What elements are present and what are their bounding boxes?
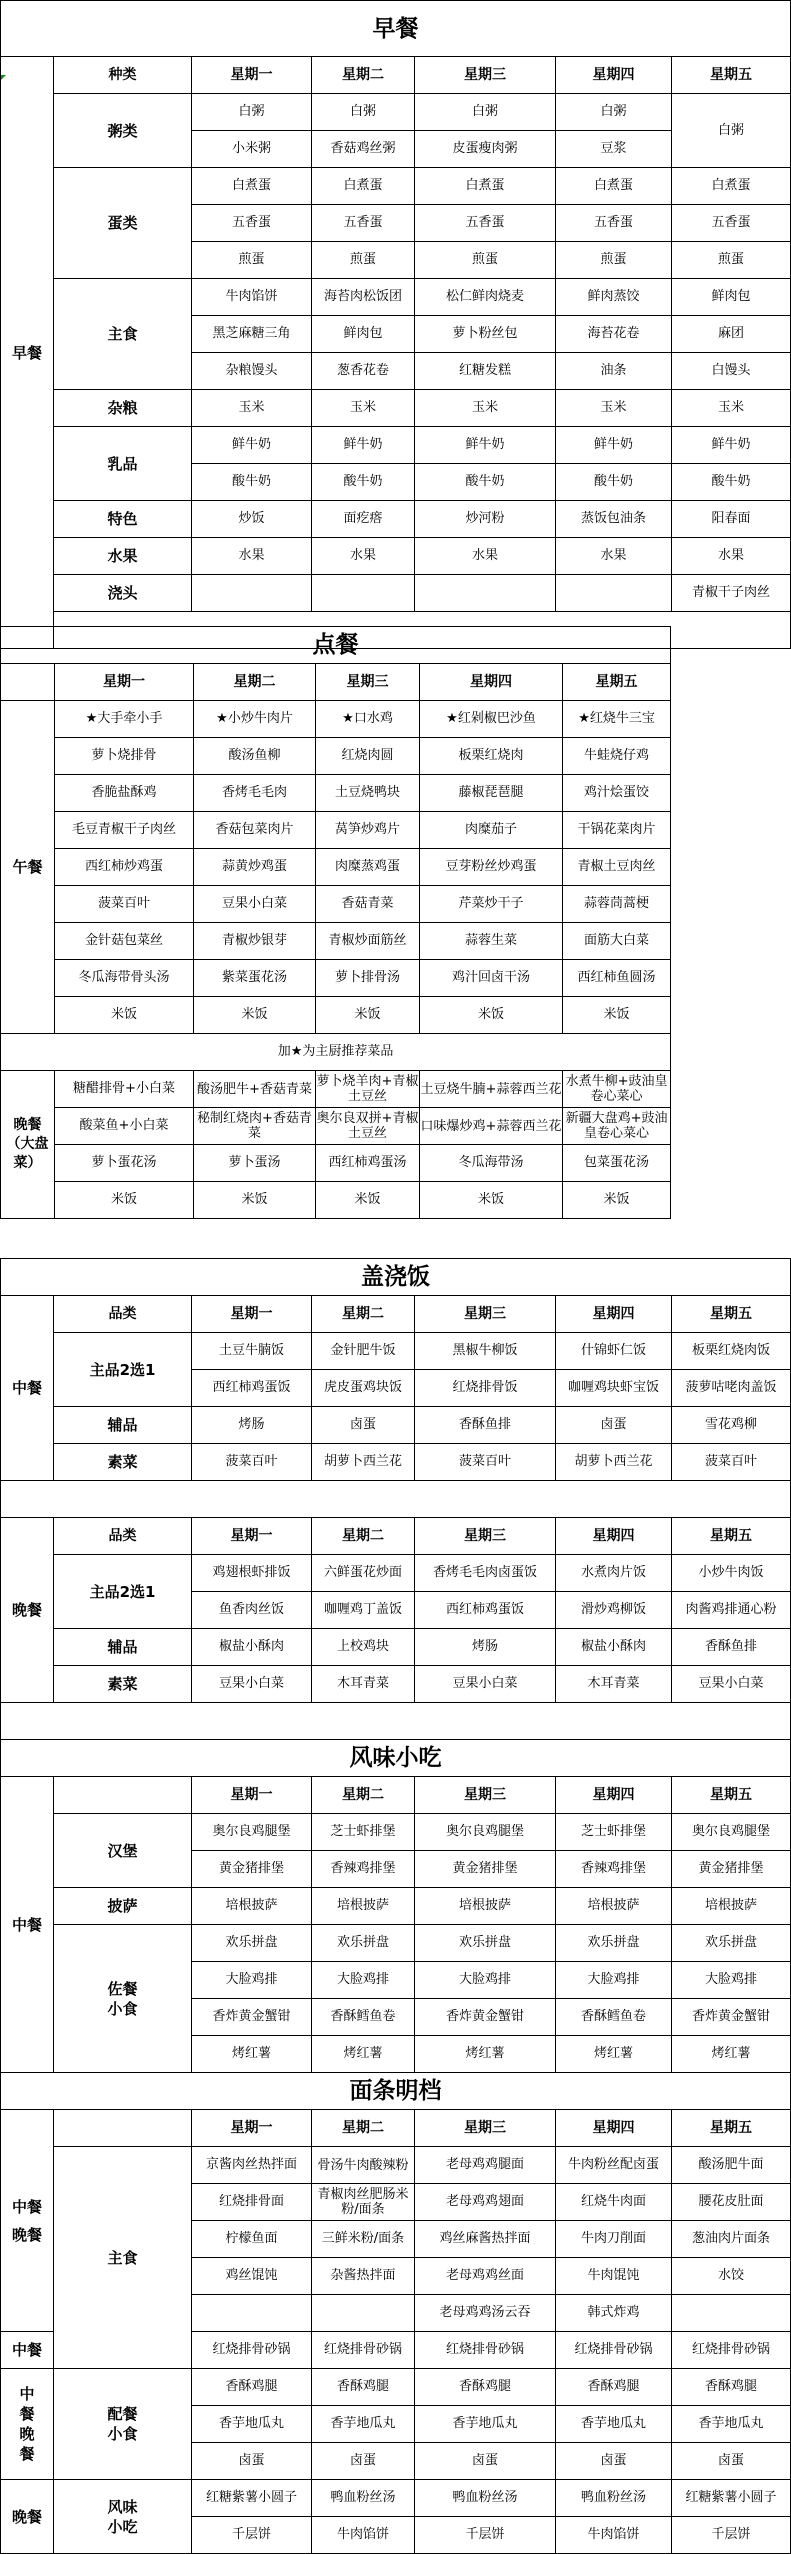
menu-cell: 土豆牛腩饭 [192,1333,312,1370]
menu-cell: 牛肉馅饼 [312,2517,415,2554]
menu-cell: 菠萝咕咾肉盖饭 [672,1370,791,1407]
category-label: 乳品 [54,427,192,501]
menu-cell: 奥尔良鸡腿堡 [192,1814,312,1851]
menu-cell: 滑炒鸡柳饭 [556,1592,672,1629]
menu-cell: 鲜牛奶 [556,427,672,464]
menu-cell: 鸡汁回卤干汤 [420,960,563,997]
menu-cell: 白煮蛋 [312,168,415,205]
category-header: 种类 [54,57,192,94]
menu-cell: 小米粥 [192,131,312,168]
menu-cell: 鲜肉蒸饺 [556,279,672,316]
menu-cell: 包菜蛋花汤 [563,1145,671,1182]
menu-cell: 烤红薯 [672,2036,791,2073]
menu-cell: 鸭血粉丝汤 [556,2480,672,2517]
menu-cell: 韩式炸鸡 [556,2295,672,2332]
menu-cell: 青椒炒银芽 [194,923,316,960]
menu-cell: 豆果小白菜 [192,1666,312,1703]
menu-cell: 板栗红烧肉饭 [672,1333,791,1370]
menu-cell: 海苔花卷 [556,316,672,353]
menu-cell [312,575,415,612]
menu-cell: 葱香花卷 [312,353,415,390]
day-header: 星期二 [312,57,415,94]
menu-cell: 椒盐小酥肉 [192,1629,312,1666]
category-label: 特色 [54,501,192,538]
menu-cell: 鸭血粉丝汤 [415,2480,556,2517]
menu-cell: 豆芽粉丝炒鸡蛋 [420,849,563,886]
menu-cell [672,2295,791,2332]
menu-cell: 白煮蛋 [556,168,672,205]
menu-cell [192,2295,312,2332]
menu-cell: 白粥 [312,94,415,131]
day-header: 星期四 [420,664,563,701]
category-label: 辅品 [54,1629,192,1666]
menu-cell: 阳春面 [672,501,791,538]
menu-cell: 红烧肉圆 [316,738,420,775]
category-label: 粥类 [54,94,192,168]
menu-cell: 咖喱鸡丁盖饭 [312,1592,415,1629]
menu-cell: 香炸黄金蟹钳 [672,1999,791,2036]
menu-cell: 豆果小白菜 [194,886,316,923]
menu-cell: 牛肉馅饼 [556,2517,672,2554]
section-title: 盖浇饭 [1,1259,791,1296]
menu-cell: 蒸饭包油条 [556,501,672,538]
category-label: 汉堡 [54,1814,192,1888]
noodles-section: 面条明档 中餐 星期一 星期二 星期三 星期四 星期五 主食 京酱肉丝热拌面 骨… [0,2072,791,2554]
menu-cell: 香脆盐酥鸡 [55,775,194,812]
menu-cell: 白煮蛋 [192,168,312,205]
meal-label: 中餐 [1,2110,54,2221]
menu-cell: 米饭 [316,1182,420,1219]
category-header: 品类 [54,1518,192,1555]
day-header: 星期四 [556,2110,672,2147]
menu-cell: 芝士虾排堡 [312,1814,415,1851]
menu-cell: 红烧排骨饭 [415,1370,556,1407]
menu-cell: 米饭 [563,1182,671,1219]
menu-cell: 香酥鳕鱼卷 [556,1999,672,2036]
day-header: 星期一 [55,664,194,701]
menu-cell: 皮蛋瘦肉粥 [415,131,556,168]
menu-cell: 秘制红烧肉+香菇青菜 [194,1108,316,1145]
menu-cell: 毛豆青椒干子肉丝 [55,812,194,849]
category-label: 素菜 [54,1444,192,1481]
menu-cell [556,575,672,612]
menu-cell: 青椒炒面筋丝 [316,923,420,960]
menu-cell: 芹菜炒干子 [420,886,563,923]
menu-cell: 鸡丝麻酱热拌面 [415,2221,556,2258]
meal-label: 晚餐 [1,1518,54,1703]
menu-cell: 老母鸡鸡腿面 [415,2147,556,2184]
day-header: 星期四 [556,1777,672,1814]
menu-cell: 香炸黄金蟹钳 [415,1999,556,2036]
menu-cell: 香芋地瓜丸 [415,2406,556,2443]
cell-comment-marker [1,75,6,80]
category-label: 披萨 [54,1888,192,1925]
menu-cell: 酸牛奶 [556,464,672,501]
menu-cell: 烤红薯 [556,2036,672,2073]
section-title: 风味小吃 [1,1740,791,1777]
menu-cell: 水果 [415,538,556,575]
menu-cell: 玉米 [556,390,672,427]
menu-cell: 菠菜百叶 [192,1444,312,1481]
menu-cell: 蒜蓉茼蒿梗 [563,886,671,923]
day-header: 星期三 [415,1777,556,1814]
menu-cell: 红糖紫薯小圆子 [192,2480,312,2517]
menu-cell: ★红烧牛三宝 [563,701,671,738]
menu-cell: 鲜肉包 [672,279,791,316]
menu-cell: 萝卜粉丝包 [415,316,556,353]
menu-cell: 米饭 [194,1182,316,1219]
menu-cell: 黑椒牛柳饭 [415,1333,556,1370]
day-header: 星期二 [312,1518,415,1555]
menu-cell: 冬瓜海带骨头汤 [55,960,194,997]
menu-cell: 米饭 [55,1182,194,1219]
day-header: 星期三 [415,57,556,94]
menu-cell: 雪花鸡柳 [672,1407,791,1444]
menu-cell: ★小炒牛肉片 [194,701,316,738]
menu-cell: 菠菜百叶 [672,1444,791,1481]
menu-cell: 香辣鸡排堡 [312,1851,415,1888]
menu-cell: 大脸鸡排 [672,1962,791,1999]
day-header: 星期五 [672,57,791,94]
day-header: 星期五 [672,1296,791,1333]
menu-cell: 鸡翅根虾排饭 [192,1555,312,1592]
menu-cell: 酸牛奶 [415,464,556,501]
spacer-row [1,1481,791,1518]
day-header: 星期一 [192,1518,312,1555]
menu-cell: 蒜蓉生菜 [420,923,563,960]
day-header: 星期一 [192,2110,312,2147]
menu-cell: 培根披萨 [556,1888,672,1925]
menu-cell: 红烧排骨砂锅 [415,2332,556,2369]
meal-label: 晚餐（大盘菜） [1,1071,55,1219]
menu-cell: 骨汤牛肉酸辣粉 [312,2147,415,2184]
menu-cell: 海苔肉松饭团 [312,279,415,316]
menu-cell: 香菇包菜肉片 [194,812,316,849]
menu-cell: 豆浆 [556,131,672,168]
menu-cell: 酸牛奶 [192,464,312,501]
section-title: 点餐 [1,627,671,664]
menu-cell: 大脸鸡排 [192,1962,312,1999]
menu-cell: 咖喱鸡块虾宝饭 [556,1370,672,1407]
menu-cell: 萝卜蛋花汤 [55,1145,194,1182]
menu-cell: 千层饼 [192,2517,312,2554]
day-header: 星期二 [312,1777,415,1814]
menu-cell: 香酥鳕鱼卷 [312,1999,415,2036]
menu-cell: 烤红薯 [192,2036,312,2073]
menu-cell: 大脸鸡排 [312,1962,415,1999]
menu-cell: 青椒干子肉丝 [672,575,791,612]
menu-cell: 牛肉粉丝配卤蛋 [556,2147,672,2184]
menu-cell: 胡萝卜西兰花 [312,1444,415,1481]
menu-cell: 千层饼 [672,2517,791,2554]
menu-cell: 水饺 [672,2258,791,2295]
menu-cell: 香酥鱼排 [415,1407,556,1444]
category-label: 素菜 [54,1666,192,1703]
menu-cell: 奥尔良双拼+青椒土豆丝 [316,1108,420,1145]
menu-cell: 酸汤肥牛面 [672,2147,791,2184]
menu-cell: 黄金猪排堡 [672,1851,791,1888]
menu-cell: 白粥 [672,94,791,168]
menu-cell: 卤蛋 [415,2443,556,2480]
menu-cell: 水煮牛柳+豉油皇卷心菜心 [563,1071,671,1108]
menu-cell: 面筋大白菜 [563,923,671,960]
category-header: 品类 [54,1296,192,1333]
menu-cell: 香炸黄金蟹钳 [192,1999,312,2036]
menu-cell: 煎蛋 [415,242,556,279]
menu-cell: 萝卜蛋汤 [194,1145,316,1182]
menu-cell: 培根披萨 [672,1888,791,1925]
menu-cell: 虎皮蛋鸡块饭 [312,1370,415,1407]
category-label: 浇头 [54,575,192,612]
section-title: 面条明档 [1,2073,791,2110]
meal-label: 中餐 [1,2332,54,2369]
menu-cell: 白粥 [192,94,312,131]
meal-label: 中餐 [1,1777,54,2073]
menu-cell: 上校鸡块 [312,1629,415,1666]
menu-cell: 木耳青菜 [556,1666,672,1703]
menu-cell: 培根披萨 [415,1888,556,1925]
menu-cell: 卤蛋 [312,2443,415,2480]
menu-cell: ★大手牵小手 [55,701,194,738]
day-header: 星期一 [192,57,312,94]
menu-cell: 杂酱热拌面 [312,2258,415,2295]
menu-cell: 菠菜百叶 [415,1444,556,1481]
menu-cell: 萝卜烧羊肉+青椒土豆丝 [316,1071,420,1108]
menu-cell: 黑芝麻糖三角 [192,316,312,353]
order-section: 点餐 星期一 星期二 星期三 星期四 星期五 午餐 ★大手牵小手 ★小炒牛肉片 … [0,626,671,1219]
menu-cell: 杂粮馒头 [192,353,312,390]
chef-recommendation-note: 加★为主厨推荐菜品 [1,1034,671,1071]
menu-cell: 五香蛋 [312,205,415,242]
menu-cell: 奥尔良鸡腿堡 [672,1814,791,1851]
menu-cell: 三鲜米粉/面条 [312,2221,415,2258]
menu-cell: 香辣鸡排堡 [556,1851,672,1888]
menu-cell [312,2295,415,2332]
day-header: 星期五 [563,664,671,701]
menu-cell: 糖醋排骨+小白菜 [55,1071,194,1108]
day-header: 星期三 [316,664,420,701]
menu-cell: 西红柿鸡蛋饭 [415,1592,556,1629]
menu-cell: 黄金猪排堡 [415,1851,556,1888]
menu-cell: 欢乐拼盘 [312,1925,415,1962]
menu-cell: 红糖紫薯小圆子 [672,2480,791,2517]
noodles-table: 面条明档 中餐 星期一 星期二 星期三 星期四 星期五 主食 京酱肉丝热拌面 骨… [0,2072,791,2554]
meal-label: 中餐晚餐 [1,2369,54,2480]
menu-cell: 紫菜蛋花汤 [194,960,316,997]
menu-cell: 萝卜烧排骨 [55,738,194,775]
menu-cell: 萝卜排骨汤 [316,960,420,997]
menu-cell: 烤肠 [192,1407,312,1444]
menu-cell: 欢乐拼盘 [556,1925,672,1962]
empty-header-cell [54,1777,192,1814]
day-header: 星期二 [312,2110,415,2147]
menu-cell: 土豆烧牛腩+蒜蓉西兰花 [420,1071,563,1108]
day-header: 星期二 [312,1296,415,1333]
menu-cell: 香酥鸡腿 [312,2369,415,2406]
category-label: 配餐小食 [54,2369,192,2480]
day-header: 星期一 [192,1777,312,1814]
menu-cell: 香菇青菜 [316,886,420,923]
menu-cell: 香烤毛毛肉 [194,775,316,812]
menu-cell: 大脸鸡排 [556,1962,672,1999]
menu-cell: 培根披萨 [192,1888,312,1925]
menu-cell: 水果 [672,538,791,575]
category-label: 水果 [54,538,192,575]
menu-cell: 香酥鸡腿 [192,2369,312,2406]
menu-cell: 培根披萨 [312,1888,415,1925]
menu-cell: 鲜牛奶 [415,427,556,464]
rice-bowl-table: 盖浇饭 中餐 品类 星期一 星期二 星期三 星期四 星期五 主品2选1 土豆牛腩… [0,1258,791,1740]
menu-cell: 欢乐拼盘 [672,1925,791,1962]
menu-cell: 卤蛋 [312,1407,415,1444]
day-header: 星期四 [556,1296,672,1333]
menu-cell: 红烧排骨砂锅 [672,2332,791,2369]
menu-cell: 柠檬鱼面 [192,2221,312,2258]
day-header: 星期一 [192,1296,312,1333]
menu-cell: 玉米 [672,390,791,427]
menu-cell: 五香蛋 [192,205,312,242]
menu-cell: 玉米 [192,390,312,427]
category-label: 主品2选1 [54,1555,192,1629]
menu-cell: 什锦虾仁饭 [556,1333,672,1370]
menu-cell: 六鲜蛋花炒面 [312,1555,415,1592]
menu-cell: 豆果小白菜 [415,1666,556,1703]
menu-cell: 欢乐拼盘 [415,1925,556,1962]
menu-cell: 青椒肉丝肥肠米粉/面条 [312,2184,415,2221]
empty-header-cell [54,2110,192,2147]
menu-cell: 香芋地瓜丸 [192,2406,312,2443]
menu-cell: 板栗红烧肉 [420,738,563,775]
category-label: 辅品 [54,1407,192,1444]
menu-cell: 红烧排骨面 [192,2184,312,2221]
menu-cell: 米饭 [316,997,420,1034]
menu-cell: 葱油肉片面条 [672,2221,791,2258]
day-header: 星期四 [556,57,672,94]
menu-cell: 五香蛋 [672,205,791,242]
menu-cell: 酸牛奶 [672,464,791,501]
menu-cell: 芝士虾排堡 [556,1814,672,1851]
menu-cell: 玉米 [312,390,415,427]
category-label: 主食 [54,279,192,390]
menu-cell: 卤蛋 [556,1407,672,1444]
day-header: 星期三 [415,2110,556,2147]
menu-cell [415,575,556,612]
day-header: 星期二 [194,664,316,701]
menu-cell: 鲜牛奶 [192,427,312,464]
menu-cell: 麻团 [672,316,791,353]
menu-cell: 香酥鱼排 [672,1629,791,1666]
menu-cell: 蒜黄炒鸡蛋 [194,849,316,886]
category-label: 佐餐小食 [54,1925,192,2073]
menu-cell: 千层饼 [415,2517,556,2554]
menu-cell: 白煮蛋 [672,168,791,205]
meal-label: 中餐 [1,1296,54,1481]
menu-cell: 白馒头 [672,353,791,390]
menu-cell: 干锅花菜肉片 [563,812,671,849]
menu-cell: 香烤毛毛肉卤蛋饭 [415,1555,556,1592]
category-label: 蛋类 [54,168,192,279]
menu-cell: 肉糜蒸鸡蛋 [316,849,420,886]
menu-cell: 土豆烧鸭块 [316,775,420,812]
menu-cell: 鸡汁烩蛋饺 [563,775,671,812]
day-header: 星期四 [556,1518,672,1555]
menu-cell: 酸菜鱼+小白菜 [55,1108,194,1145]
menu-cell: 老母鸡鸡汤云吞 [415,2295,556,2332]
menu-cell: 香芋地瓜丸 [312,2406,415,2443]
menu-cell: ★红剁椒巴沙鱼 [420,701,563,738]
menu-cell: 米饭 [194,997,316,1034]
menu-cell: 香芋地瓜丸 [556,2406,672,2443]
category-label: 主食 [54,2147,192,2369]
menu-cell: 牛肉馄饨 [556,2258,672,2295]
menu-cell: 米饭 [55,997,194,1034]
menu-cell: 豆果小白菜 [672,1666,791,1703]
menu-cell: 酸牛奶 [312,464,415,501]
menu-cell: 老母鸡鸡丝面 [415,2258,556,2295]
menu-cell: 煎蛋 [312,242,415,279]
menu-cell: 油条 [556,353,672,390]
menu-cell: 五香蛋 [556,205,672,242]
menu-cell: 煎蛋 [672,242,791,279]
menu-cell: 牛蛙烧仔鸡 [563,738,671,775]
menu-cell: 卤蛋 [556,2443,672,2480]
menu-cell: 小炒牛肉饭 [672,1555,791,1592]
breakfast-table: 早餐 早餐 种类 星期一 星期二 星期三 星期四 星期五 粥类 白粥 白粥 白粥… [0,0,791,649]
category-label: 风味小吃 [54,2480,192,2554]
menu-cell: ★口水鸡 [316,701,420,738]
menu-cell: 木耳青菜 [312,1666,415,1703]
menu-cell: 香酥鸡腿 [556,2369,672,2406]
menu-cell: 卤蛋 [192,2443,312,2480]
menu-cell: 藤椒琵琶腿 [420,775,563,812]
menu-cell: 西红柿炒鸡蛋 [55,849,194,886]
breakfast-section: 早餐 早餐 种类 星期一 星期二 星期三 星期四 星期五 粥类 白粥 白粥 白粥… [0,0,791,649]
snacks-section: 风味小吃 中餐 星期一 星期二 星期三 星期四 星期五 汉堡 奥尔良鸡腿堡 芝士… [0,1739,791,2073]
menu-cell: 玉米 [415,390,556,427]
menu-cell: 红烧牛肉面 [556,2184,672,2221]
menu-cell: 水煮肉片饭 [556,1555,672,1592]
menu-cell [192,575,312,612]
section-title: 早餐 [1,1,791,57]
menu-cell: 冬瓜海带汤 [420,1145,563,1182]
category-label: 主品2选1 [54,1333,192,1407]
menu-cell: 腰花皮肚面 [672,2184,791,2221]
day-header: 星期三 [415,1296,556,1333]
menu-cell: 煎蛋 [556,242,672,279]
menu-cell: 奥尔良鸡腿堡 [415,1814,556,1851]
menu-cell: 水果 [312,538,415,575]
day-header: 星期五 [672,1777,791,1814]
snacks-table: 风味小吃 中餐 星期一 星期二 星期三 星期四 星期五 汉堡 奥尔良鸡腿堡 芝士… [0,1739,791,2073]
menu-cell: 水果 [556,538,672,575]
menu-cell: 西红柿鸡蛋汤 [316,1145,420,1182]
menu-cell: 鲜肉包 [312,316,415,353]
menu-cell: 京酱肉丝热拌面 [192,2147,312,2184]
menu-cell: 烤肠 [415,1629,556,1666]
menu-cell: 五香蛋 [415,205,556,242]
menu-cell: 香酥鸡腿 [415,2369,556,2406]
spacer-row [1,1703,791,1740]
day-header: 星期五 [672,2110,791,2147]
day-header: 星期三 [415,1518,556,1555]
menu-cell: 牛肉刀削面 [556,2221,672,2258]
meal-label: 晚餐 [1,2480,54,2554]
menu-cell: 米饭 [563,997,671,1034]
menu-cell: 菠菜百叶 [55,886,194,923]
menu-cell: 鱼香肉丝饭 [192,1592,312,1629]
menu-cell: 红烧排骨砂锅 [556,2332,672,2369]
meal-label: 午餐 [1,701,55,1034]
